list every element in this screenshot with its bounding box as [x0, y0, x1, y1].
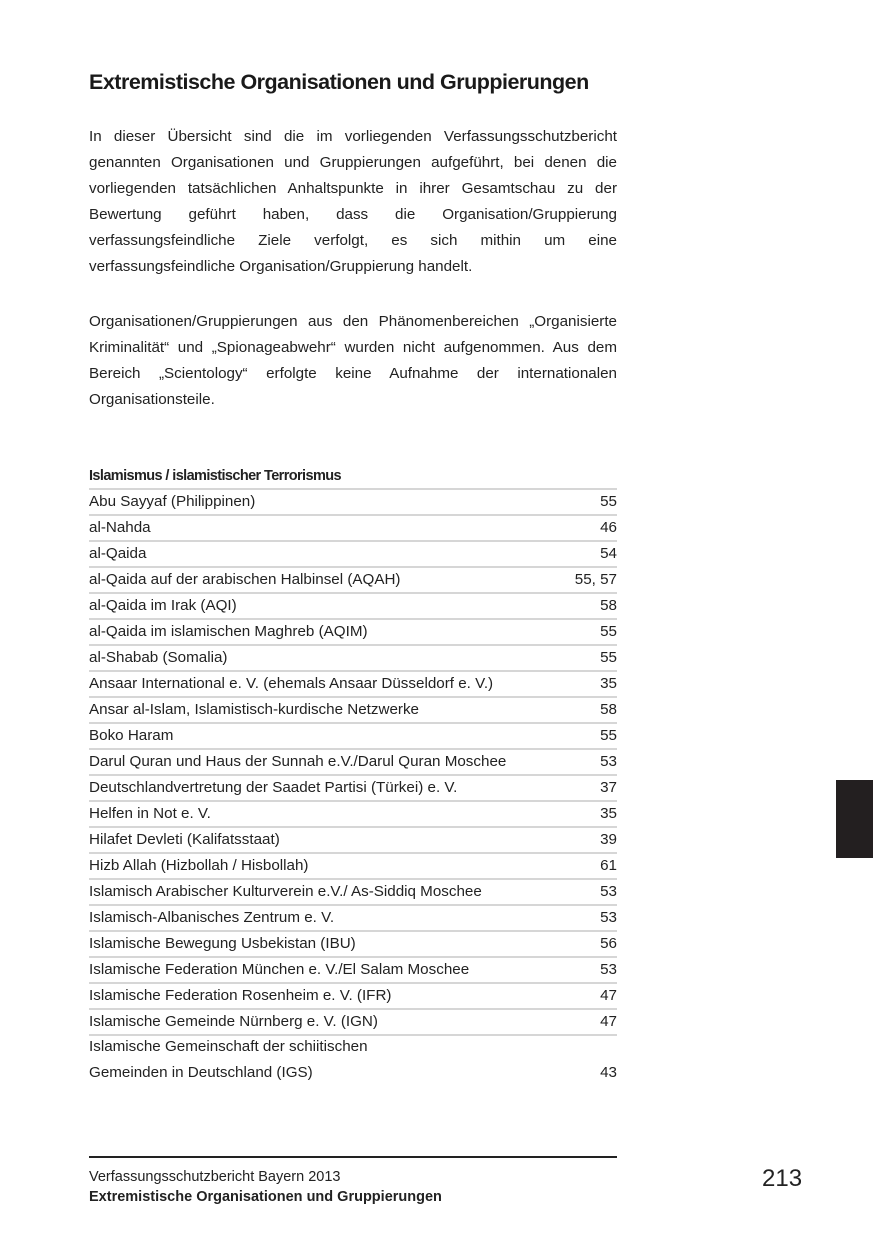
list-item: Islamisch Arabischer Kulturverein e.V./ …	[89, 880, 617, 906]
organization-name: Darul Quran und Haus der Sunnah e.V./Dar…	[89, 750, 506, 774]
list-item: Hilafet Devleti (Kalifatsstaat)39	[89, 828, 617, 854]
list-item: Darul Quran und Haus der Sunnah e.V./Dar…	[89, 750, 617, 776]
page-reference: 35	[600, 672, 617, 696]
organization-name: Islamisch-Albanisches Zentrum e. V.	[89, 906, 334, 930]
page-reference: 58	[600, 594, 617, 618]
page-reference: 46	[600, 516, 617, 540]
organization-name: al-Qaida im Irak (AQI)	[89, 594, 237, 618]
list-item: Islamische Gemeinschaft der schiitischen…	[89, 1036, 617, 1086]
page-reference: 56	[600, 932, 617, 956]
page-number: 213	[762, 1165, 802, 1193]
organization-name: Boko Haram	[89, 724, 173, 748]
organization-name: Hilafet Devleti (Kalifatsstaat)	[89, 828, 280, 852]
page-reference: 43	[600, 1060, 617, 1086]
page-reference: 55	[600, 490, 617, 514]
page-reference: 58	[600, 698, 617, 722]
list-item: al-Qaida auf der arabischen Halbinsel (A…	[89, 568, 617, 594]
page-reference: 37	[600, 776, 617, 800]
organization-name: Helfen in Not e. V.	[89, 802, 211, 826]
organization-name: Islamische Federation München e. V./El S…	[89, 958, 469, 982]
page-reference: 53	[600, 750, 617, 774]
footer-divider	[89, 1156, 617, 1158]
page-title: Extremistische Organisationen und Gruppi…	[89, 70, 589, 95]
organization-name: Abu Sayyaf (Philippinen)	[89, 490, 255, 514]
list-item: Hizb Allah (Hizbollah / Hisbollah)61	[89, 854, 617, 880]
organization-name: Islamische Bewegung Usbekistan (IBU)	[89, 932, 356, 956]
organization-name: al-Qaida auf der arabischen Halbinsel (A…	[89, 568, 401, 592]
list-item: Islamisch-Albanisches Zentrum e. V.53	[89, 906, 617, 932]
section-heading: Islamismus / islamistischer Terrorismus	[89, 464, 617, 490]
organization-name: Islamische Federation Rosenheim e. V. (I…	[89, 984, 391, 1008]
page-reference: 54	[600, 542, 617, 566]
list-item: Boko Haram55	[89, 724, 617, 750]
page-reference: 55	[600, 724, 617, 748]
list-item: Islamische Bewegung Usbekistan (IBU)56	[89, 932, 617, 958]
page-reference: 55, 57	[575, 568, 617, 592]
list-item: Ansaar International e. V. (ehemals Ansa…	[89, 672, 617, 698]
page-reference: 35	[600, 802, 617, 826]
page-reference: 47	[600, 984, 617, 1008]
page-reference: 53	[600, 880, 617, 904]
list-item: al-Nahda46	[89, 516, 617, 542]
organization-name: Deutschlandvertretung der Saadet Partisi…	[89, 776, 457, 800]
exclusion-paragraph: Organisationen/Gruppierungen aus den Phä…	[89, 309, 617, 413]
page-reference: 39	[600, 828, 617, 852]
organization-name: al-Qaida	[89, 542, 146, 566]
list-item: Ansar al-Islam, Islamistisch-kurdische N…	[89, 698, 617, 724]
organization-name: al-Qaida im islamischen Maghreb (AQIM)	[89, 620, 368, 644]
organization-name: al-Nahda	[89, 516, 151, 540]
organization-name: al-Shabab (Somalia)	[89, 646, 227, 670]
list-item: Islamische Federation Rosenheim e. V. (I…	[89, 984, 617, 1010]
organization-name: Islamische Gemeinde Nürnberg e. V. (IGN)	[89, 1010, 378, 1034]
organization-name: Islamisch Arabischer Kulturverein e.V./ …	[89, 880, 482, 904]
organization-name: Islamische Gemeinschaft der schiitischen…	[89, 1034, 368, 1086]
list-item: Islamische Federation München e. V./El S…	[89, 958, 617, 984]
list-item: al-Qaida54	[89, 542, 617, 568]
organization-name: Ansar al-Islam, Islamistisch-kurdische N…	[89, 698, 419, 722]
page-reference: 47	[600, 1010, 617, 1034]
list-item: al-Shabab (Somalia)55	[89, 646, 617, 672]
list-item: al-Qaida im Irak (AQI)58	[89, 594, 617, 620]
list-item: Helfen in Not e. V.35	[89, 802, 617, 828]
organization-name: Ansaar International e. V. (ehemals Ansa…	[89, 672, 493, 696]
organization-name: Hizb Allah (Hizbollah / Hisbollah)	[89, 854, 308, 878]
page-reference: 53	[600, 906, 617, 930]
list-item: Islamische Gemeinde Nürnberg e. V. (IGN)…	[89, 1010, 617, 1036]
footer-report-title: Verfassungsschutzbericht Bayern 2013	[89, 1169, 340, 1185]
organization-list: Abu Sayyaf (Philippinen)55al-Nahda46al-Q…	[89, 490, 617, 1086]
page-reference: 55	[600, 646, 617, 670]
page-reference: 53	[600, 958, 617, 982]
list-item: Deutschlandvertretung der Saadet Partisi…	[89, 776, 617, 802]
chapter-thumb-tab	[836, 780, 873, 858]
list-item: al-Qaida im islamischen Maghreb (AQIM)55	[89, 620, 617, 646]
footer-chapter-title: Extremistische Organisationen und Gruppi…	[89, 1189, 442, 1205]
intro-paragraph: In dieser Übersicht sind die im vorliege…	[89, 124, 617, 280]
page-reference: 61	[600, 854, 617, 878]
page-reference: 55	[600, 620, 617, 644]
list-item: Abu Sayyaf (Philippinen)55	[89, 490, 617, 516]
